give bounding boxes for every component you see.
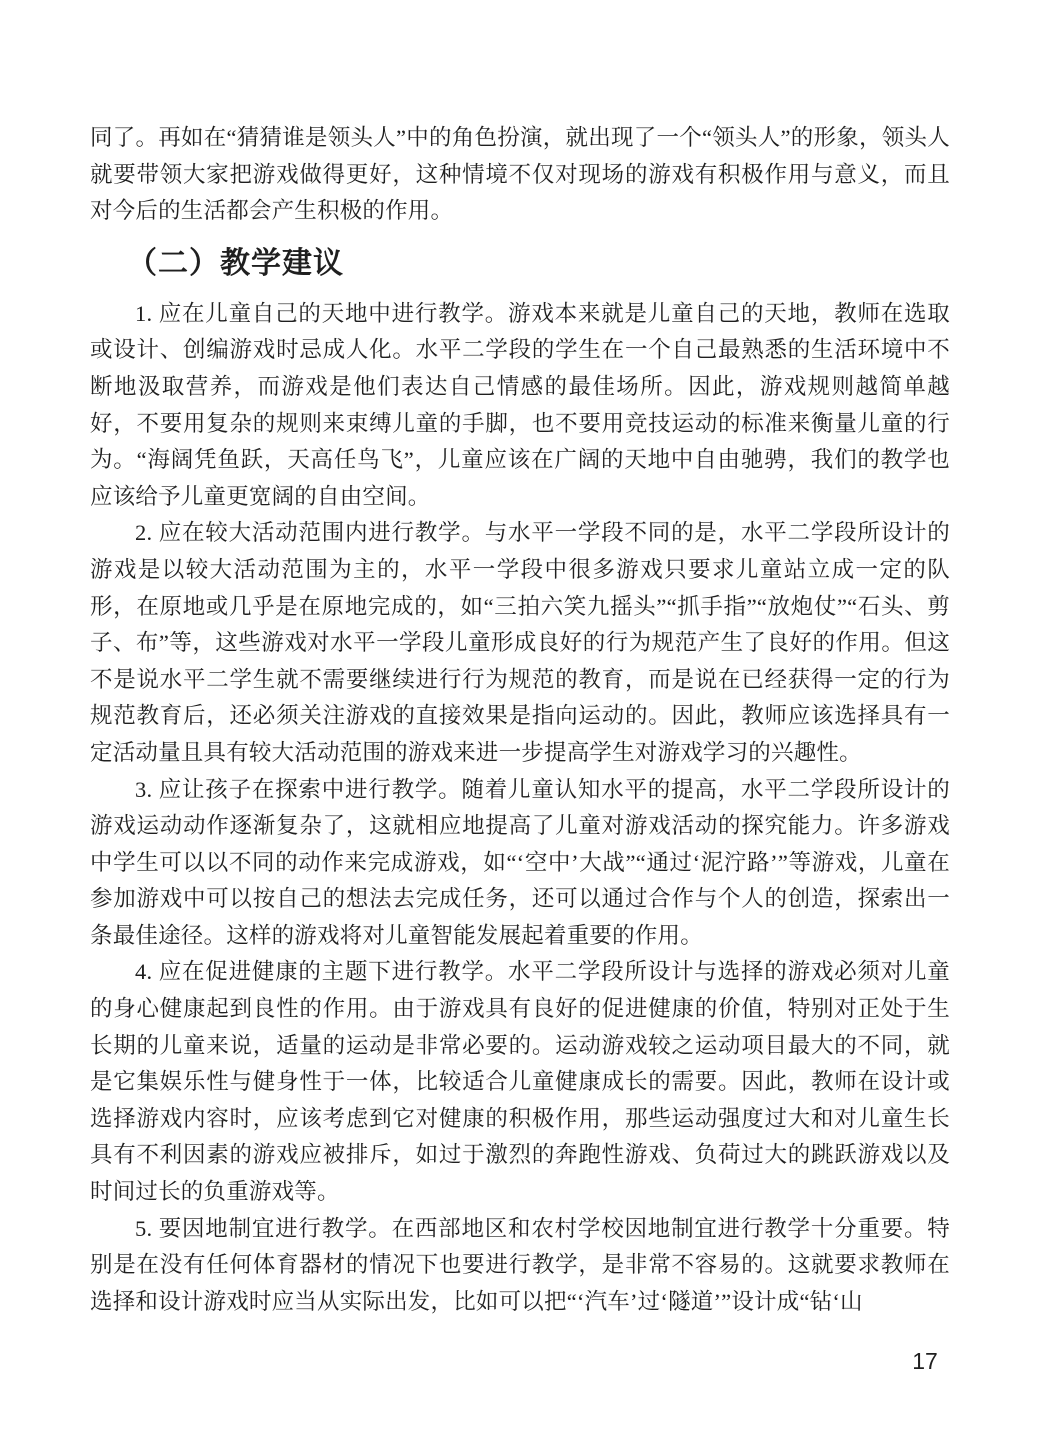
intro-paragraph: 同了。再如在“猜猜谁是领头人”中的角色扮演，就出现了一个“领头人”的形象，领头人… (90, 120, 950, 230)
paragraph-5: 5. 要因地制宜进行教学。在西部地区和农村学校因地制宜进行教学十分重要。特别是在… (90, 1211, 950, 1321)
section-heading: （二）教学建议 (90, 243, 950, 285)
paragraph-3: 3. 应让孩子在探索中进行教学。随着儿童认知水平的提高，水平二学段所设计的游戏运… (90, 772, 950, 955)
page-text-column: 同了。再如在“猜猜谁是领头人”中的角色扮演，就出现了一个“领头人”的形象，领头人… (90, 120, 950, 1320)
page-number: 17 (900, 1348, 950, 1375)
paragraph-1: 1. 应在儿童自己的天地中进行教学。游戏本来就是儿童自己的天地，教师在选取或设计… (90, 296, 950, 516)
paragraph-2: 2. 应在较大活动范围内进行教学。与水平一学段不同的是，水平二学段所设计的游戏是… (90, 515, 950, 771)
paragraph-4: 4. 应在促进健康的主题下进行教学。水平二学段所设计与选择的游戏必须对儿童的身心… (90, 954, 950, 1210)
